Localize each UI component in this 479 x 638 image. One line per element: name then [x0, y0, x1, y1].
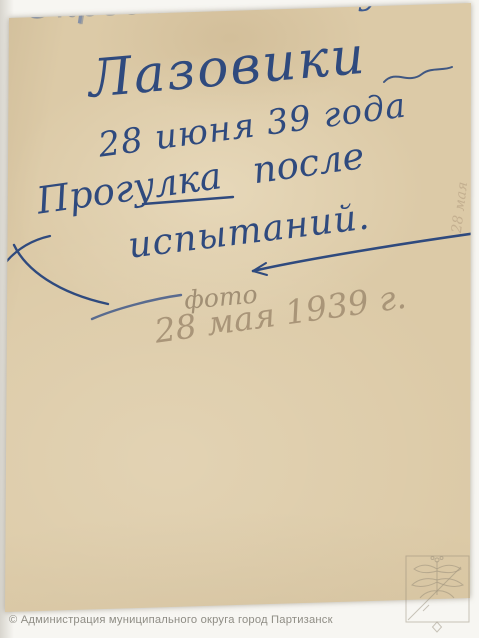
photo-paper: ОкрестностиСучана Лазовики 28 июня 39 го… [0, 0, 479, 638]
inscription-margin-note: 28 мая [449, 181, 471, 234]
archive-copyright-watermark: © Администрация муниципального округа го… [9, 614, 333, 626]
inscription-top-line-word2: Сучана [330, 0, 473, 14]
inscription-top-line: ОкрестностиСучана [22, 0, 473, 27]
inscription-caption-line2: испытаний. [126, 196, 372, 266]
photo-paper-shadow: ОкрестностиСучана Лазовики 28 июня 39 го… [0, 0, 479, 638]
partizansk-emblem-icon [403, 553, 473, 633]
inscription-top-line-word1: Окрестности [22, 0, 304, 27]
scanned-photo-back: ОкрестностиСучана Лазовики 28 июня 39 го… [0, 0, 479, 638]
